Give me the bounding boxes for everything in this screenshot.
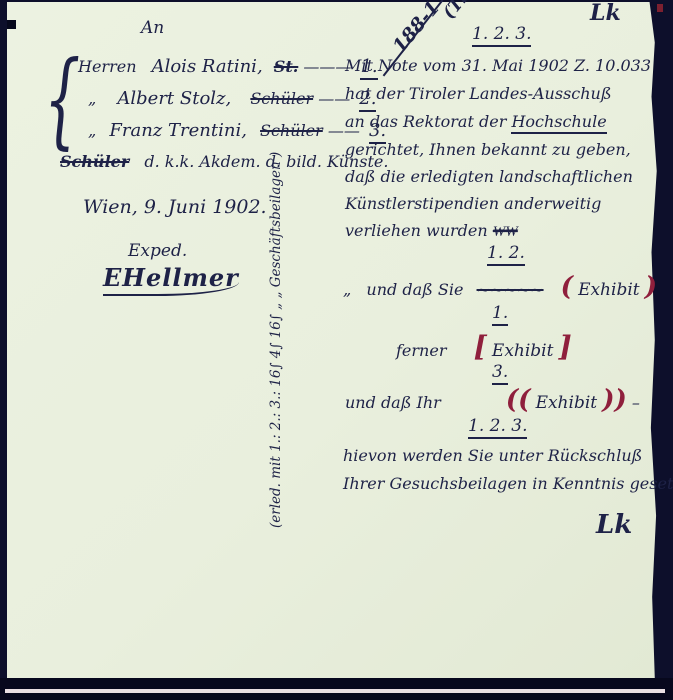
ditto-quote: „ bbox=[343, 280, 351, 299]
recipient-prefix: „ bbox=[88, 89, 96, 108]
red-paren-open: ( bbox=[561, 272, 573, 302]
body-line: Mit Note vom 31. Mai 1902 Z. 10.033 bbox=[345, 56, 651, 75]
recipient-row: Herren Alois Ratini, St. ——— 1. bbox=[78, 56, 378, 77]
exhibit-word: Exhibit bbox=[578, 280, 640, 300]
edge-red-mark bbox=[657, 4, 663, 12]
recipient-prefix: „ bbox=[88, 121, 96, 140]
exhibit-line-text: ferner bbox=[396, 341, 446, 360]
red-double-paren-close: )) bbox=[602, 385, 627, 415]
body-line: gerichtet, Ihnen bekannt zu geben, bbox=[345, 140, 631, 159]
recipient-row: „ Franz Trentini, Schüler —— 3. bbox=[88, 120, 386, 141]
red-paren-close: ) bbox=[645, 272, 657, 302]
red-bracket-close: ] bbox=[559, 330, 572, 363]
recipient-struck-word: St. bbox=[274, 57, 299, 76]
red-double-paren-open: (( bbox=[506, 385, 531, 415]
recipient-prefix: Herren bbox=[78, 57, 137, 76]
body-line: Künstlerstipendien anderweitig bbox=[345, 194, 601, 213]
recipient-name: Alois Ratini, bbox=[152, 56, 263, 77]
exped-note: Exped. bbox=[128, 241, 187, 261]
side-annotation: (erled. mit 1.: 2.: 3.: 16∫ 4∫ 16∫ „ „ G… bbox=[268, 198, 284, 528]
heading-123-top: 1. 2. 3. bbox=[472, 24, 531, 47]
exhibit-line-text: und daß Ihr bbox=[345, 393, 441, 412]
initials-bottom: Lk bbox=[596, 510, 632, 540]
exhibit-word: Exhibit bbox=[536, 393, 598, 413]
struck-scribble: ~~~~~ bbox=[477, 280, 544, 299]
underlined-word: Hochschule bbox=[511, 112, 606, 134]
trailing-dash: – bbox=[632, 393, 640, 412]
red-bracket-open: [ bbox=[474, 330, 487, 363]
recipient-name: Albert Stolz, bbox=[117, 88, 231, 109]
struck-word: Schüler bbox=[60, 152, 129, 171]
recipient-struck-word: Schüler bbox=[250, 89, 313, 108]
body-line: verliehen wurden ₩₩ bbox=[345, 221, 518, 241]
scanned-document: 188-1 (Tb Lk An { Herren Alois Ratini, S… bbox=[0, 0, 673, 700]
exhibit-line-text: und daß Sie bbox=[366, 280, 463, 299]
dateline: Wien, 9. Juni 1902. bbox=[83, 196, 267, 218]
closing-line: hievon werden Sie unter Rückschluß bbox=[343, 446, 642, 465]
initials-top: Lk bbox=[590, 0, 621, 26]
border-notch bbox=[7, 20, 16, 29]
exhibit-line-2: ferner [ Exhibit ] bbox=[396, 330, 572, 363]
body-line: daß die erledigten landschaftlichen bbox=[345, 167, 633, 186]
struck-scribble: ₩₩ bbox=[493, 222, 518, 240]
heading-3: 3. bbox=[492, 362, 508, 385]
bottom-strip bbox=[5, 689, 665, 693]
closing-line: Ihrer Gesuchsbeilagen in Kenntnis gesetz… bbox=[343, 474, 673, 493]
signature: EHellmer bbox=[103, 263, 239, 296]
recipient-row: „ Albert Stolz, Schüler —— 2. bbox=[88, 88, 376, 109]
exhibit-word: Exhibit bbox=[492, 341, 554, 361]
heading-1: 1. bbox=[492, 303, 508, 326]
exhibit-line-1: „ und daß Sie ~~~~~ ( Exhibit ) bbox=[343, 272, 657, 302]
heading-12: 1. 2. bbox=[487, 243, 525, 266]
recipient-struck-word: Schüler bbox=[260, 121, 323, 140]
body-line-text: verliehen wurden bbox=[345, 221, 493, 240]
salutation: An bbox=[141, 18, 164, 38]
body-line: an das Rektorat der Hochschule bbox=[345, 112, 607, 131]
exhibit-line-3: und daß Ihr (( Exhibit )) – bbox=[345, 385, 640, 415]
body-line: hat der Tiroler Landes-Ausschuß bbox=[345, 84, 612, 103]
body-line-text: an das Rektorat der bbox=[345, 112, 511, 131]
recipient-name: Franz Trentini, bbox=[109, 120, 247, 141]
heading-123-bottom: 1. 2. 3. bbox=[468, 416, 527, 439]
institution-line: Schüler d. k.k. Akdem. d. bild. Künste. bbox=[60, 152, 388, 171]
recipients-brace: { bbox=[44, 38, 80, 160]
